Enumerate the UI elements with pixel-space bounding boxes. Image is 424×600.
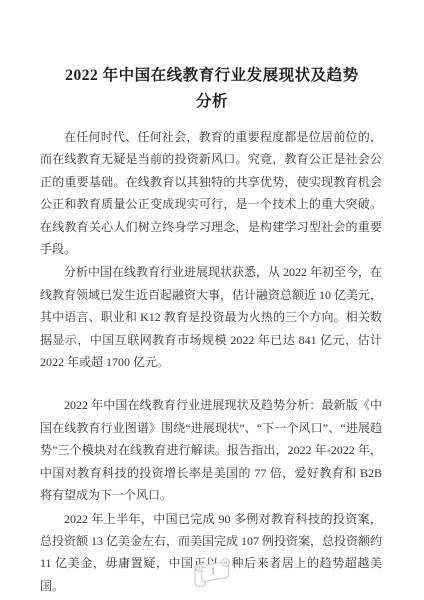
page-footer: 1 bbox=[189, 555, 235, 593]
page-title-line1: 2022 年中国在线教育行业发展现状及趋势 bbox=[30, 63, 394, 89]
document-body: 在任何时代、任何社会，教育的重要程度都是位居前位的，而在线教育无疑是当前的投资新… bbox=[40, 126, 382, 598]
page-title-line2: 分析 bbox=[30, 89, 394, 115]
document-page: 2022 年中国在线教育行业发展现状及趋势 分析 在任何时代、任何社会，教育的重… bbox=[0, 0, 424, 600]
page-number: 1 bbox=[203, 566, 223, 576]
paragraph-trend-analysis: 2022 年中国在线教育行业进展现状及趋势分析：最新版《中国在线教育行业图谱》围… bbox=[40, 394, 382, 506]
paragraph-intro: 在任何时代、任何社会，教育的重要程度都是位居前位的，而在线教育无疑是当前的投资新… bbox=[40, 126, 382, 260]
page-title: 2022 年中国在线教育行业发展现状及趋势 分析 bbox=[30, 63, 394, 115]
paragraph-market-data: 分析中国在线教育行业进展现状获悉，从 2022 年初至今，在线教育领域已发生近百… bbox=[40, 261, 382, 373]
